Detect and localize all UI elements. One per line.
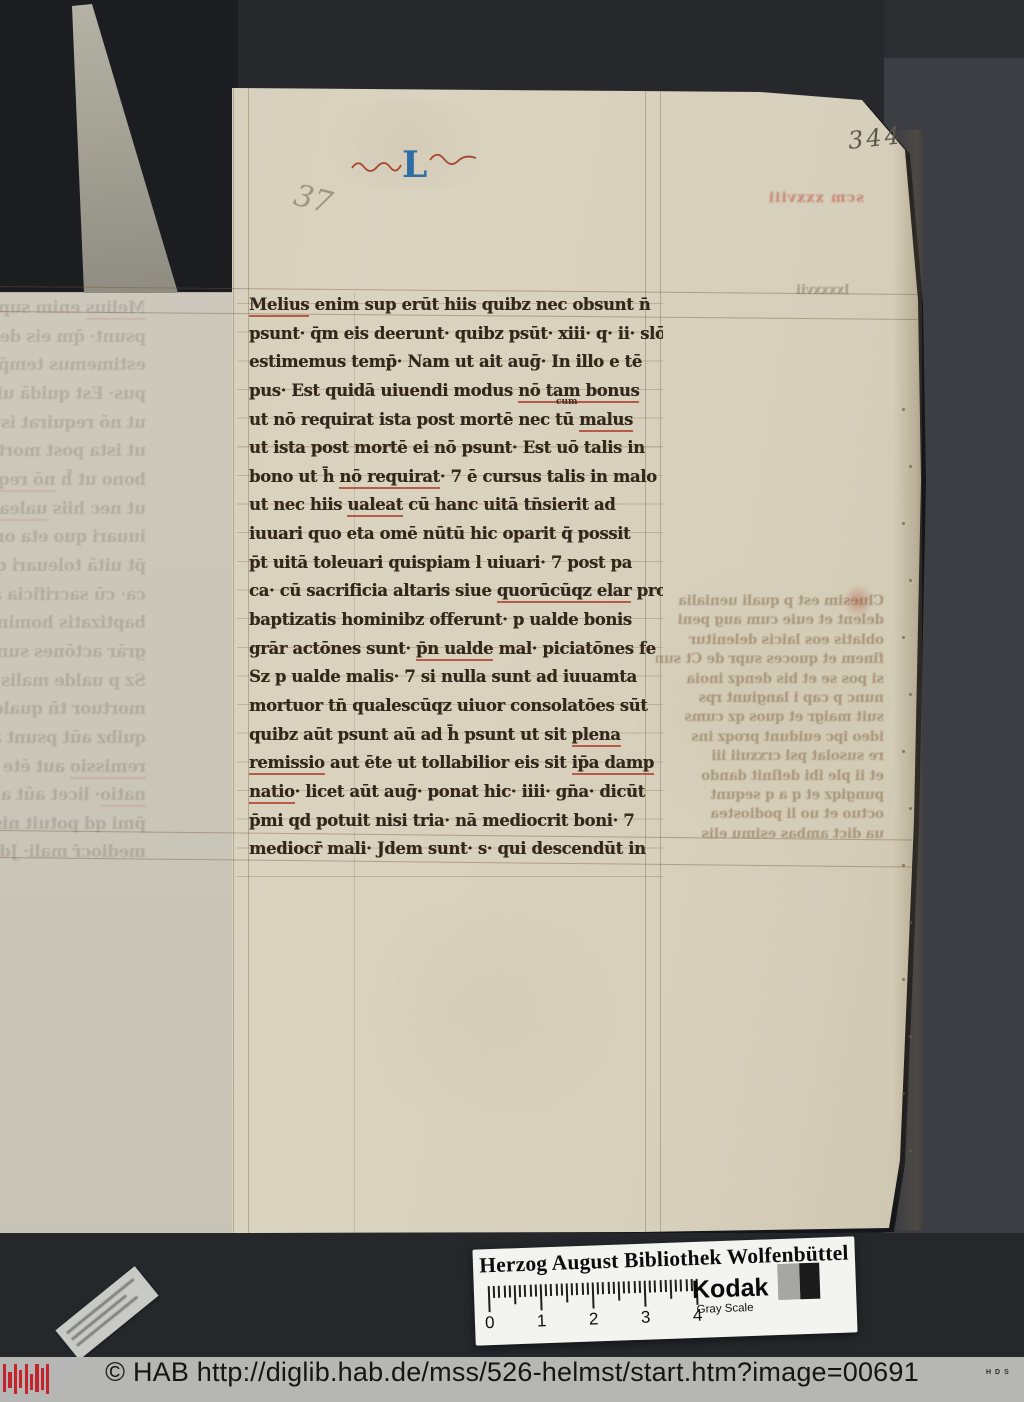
ruling-column-left [233, 88, 234, 1233]
blue-initial: L [402, 144, 427, 186]
manuscript-text-line: p̄t uitā toleuari quispiam l uiuari· 7 p… [249, 549, 663, 578]
digitized-manuscript-scan: Melius enim sup erūt hiis quibz nec obsu… [0, 0, 1024, 1402]
kodak-scale-label: Herzog August Bibliothek Wolfenbüttel 01… [472, 1236, 857, 1345]
manuscript-text-line: Melius enim sup erūt hiis quibz nec obsu… [249, 291, 663, 320]
gray-scale-caption: Gray Scale [696, 1302, 753, 1316]
ruler-number: 0 [485, 1313, 495, 1333]
showthrough-line: pungiqz et q a q sequnt [656, 786, 884, 805]
interline-gloss: cum [556, 397, 578, 407]
copyright-url: © HAB http://diglib.hab.de/mss/526-helms… [0, 1357, 1024, 1388]
showthrough-line: nunc p cap i langiunt rps [656, 689, 884, 708]
folio-number: 344 [847, 121, 904, 155]
manuscript-text-line: p̄mi qd potuit nisi tria· nā mediocrit b… [249, 807, 663, 836]
manuscript-text-line: ca· cū sacrificia altaris siue quorūcūqz… [249, 577, 663, 606]
manuscript-text-line: natio· licet aūt auḡ· ponat hic· iiii· g… [249, 778, 663, 807]
showthrough-red-rubric: scm xxxviii [712, 190, 864, 206]
manuscript-text-line: ut nec hiis ualeat cū hanc uitā tn̄sieri… [249, 491, 663, 520]
header-ornament: L [350, 144, 482, 190]
showthrough-verso-text: Cluesim est p quali uenialiadelent et eu… [656, 592, 884, 844]
manuscript-text-line: pus· Est quidā uiuendi modus nō tam bonu… [249, 377, 663, 406]
corner-code: HDS [986, 1369, 1013, 1376]
manuscript-text-line: grār actōnes sunt· p̄n ualde mal· piciat… [249, 635, 663, 664]
showthrough-line: et ii ple ibi definit dando [656, 767, 884, 786]
manuscript-text-line: iuuari quo eta omē nūtū hic oparit q̄ po… [249, 520, 663, 549]
manuscript-text-line: ut ista post mortē ei nō psunt· Est uō t… [249, 434, 663, 463]
manuscript-text-line: bono ut h̄ nō requirat· 7 ē cursus talis… [249, 463, 663, 492]
manuscript-text-line: estimemus temp̄· Nam ut ait auḡ· In illo… [249, 348, 663, 377]
showthrough-line: ideo ipc euidunt proqz ins [656, 728, 884, 747]
showthrough-line: oblatis eos laicis delenitur [656, 631, 884, 650]
gray-patch-dark [799, 1263, 820, 1300]
manuscript-text-line: baptizatis hominibz offerunt· p ualde bo… [249, 606, 663, 635]
gray-scale-patch [777, 1263, 820, 1300]
manuscript-text-line: mediocr̄ mali· Jdem sunt· s· qui descend… [249, 835, 663, 864]
red-registration-barcode [3, 1364, 57, 1400]
manuscript-text-line: mortuor tn̄ qualescūqz uiuor consolatōes… [249, 692, 663, 721]
showthrough-margin-numeral: lxxxxvii [796, 283, 849, 298]
showthrough-line: finem et quoces supr de Ct sun [656, 650, 884, 669]
ruler-number: 2 [589, 1309, 599, 1329]
gray-patch-light [777, 1263, 800, 1300]
showthrough-line: octuo et uo li podiostea [656, 805, 884, 824]
parchment-stain [330, 900, 650, 1120]
kodak-brand: Kodak [691, 1273, 768, 1305]
manuscript-text-line: remissio aut ēte ut tollabilior eis sit … [249, 749, 663, 778]
showthrough-line: re susolat psl crxxuii iii [656, 747, 884, 766]
showthrough-line: suit maigr et quos qz cums [656, 708, 884, 727]
manuscript-text-line: psunt· q̄m eis deerunt· quibz psūt· xiii… [249, 320, 663, 349]
showthrough-line: si pos se et bis denqz inoia [656, 670, 884, 689]
manuscript-text-line: quibz aūt psunt aū ad h̄ psunt ut sit pl… [249, 721, 663, 750]
manuscript-text-line: ut nō requirat ista post mortē nec tū ma… [249, 406, 663, 435]
translucent-guard-sheet [0, 292, 237, 1233]
footer-band: © HAB http://diglib.hab.de/mss/526-helms… [0, 1357, 1024, 1402]
ruler-number: 3 [641, 1308, 651, 1328]
showthrough-red-blotch [843, 584, 873, 618]
manuscript-text-column: Melius enim sup erūt hiis quibz nec obsu… [249, 291, 663, 864]
showthrough-line: ua dict ambas esimu elis [656, 825, 884, 844]
manuscript-text-line: Sz p ualde malis· 7 si nulla sunt ad iuu… [249, 663, 663, 692]
ruler-number: 1 [537, 1311, 547, 1331]
